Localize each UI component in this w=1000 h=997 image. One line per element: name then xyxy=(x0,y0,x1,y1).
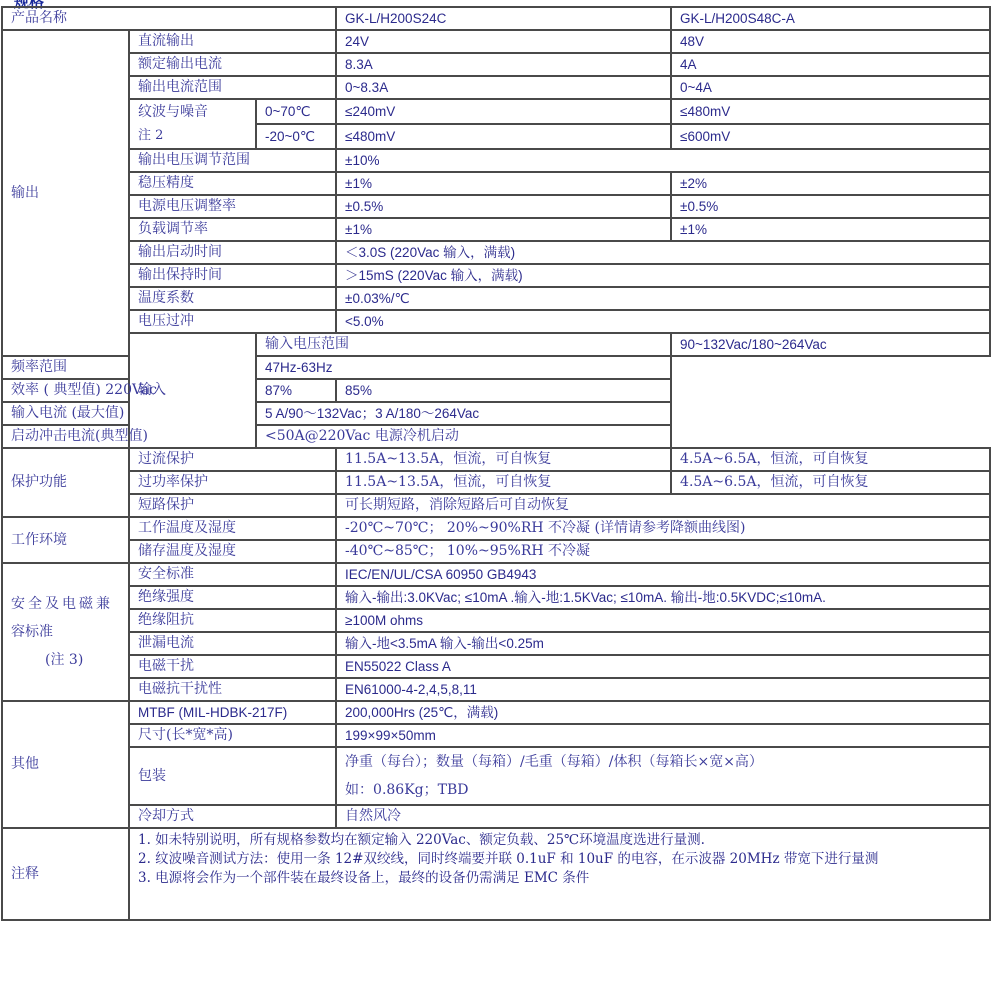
value-shared: 199×99×50mm xyxy=(336,724,990,747)
category-environment: 工作环境 xyxy=(2,517,129,563)
value-2: 85% xyxy=(336,379,671,402)
row-label: 输入电压范围 xyxy=(256,333,671,356)
row-label: 输出启动时间 xyxy=(129,241,336,264)
row-label: 泄漏电流 xyxy=(129,632,336,655)
row-label: 额定输出电流 xyxy=(129,53,336,76)
value-shared-packing: 净重（每台）；数量（每箱）/毛重（每箱）/体积（每箱长×宽×高） 如：0.86K… xyxy=(336,747,990,805)
row-label: 电源电压调整率 xyxy=(129,195,336,218)
row-label: 包装 xyxy=(129,747,336,805)
value-shared: ＜3.0S (220Vac 输入，满载) xyxy=(336,241,990,264)
spec-row: 输入电流 (最大值) 5 A/90～132Vac；3 A/180～264Vac xyxy=(2,402,990,425)
ripple-temp: 0~70℃ xyxy=(256,99,336,124)
value-2: ±0.5% xyxy=(671,195,990,218)
spec-row: 储存温度及湿度 -40℃~85℃； 10%~95%RH 不冷凝 xyxy=(2,540,990,563)
spec-row: 电压过冲 <5.0% xyxy=(2,310,990,333)
row-label: MTBF (MIL-HDBK-217F) xyxy=(129,701,336,724)
ripple-label-line2: 注 2 xyxy=(138,124,247,148)
packing-line1: 净重（每台）；数量（每箱）/毛重（每箱）/体积（每箱长×宽×高） xyxy=(345,748,981,776)
value-shared: ＞15mS (220Vac 输入，满载) xyxy=(336,264,990,287)
value-shared: -40℃~85℃； 10%~95%RH 不冷凝 xyxy=(336,540,990,563)
row-label: 绝缘强度 xyxy=(129,586,336,609)
row-label: 输入电流 (最大值) xyxy=(2,402,256,425)
spec-row: 输出保持时间 ＞15mS (220Vac 输入，满载) xyxy=(2,264,990,287)
value-2: ±1% xyxy=(671,218,990,241)
value-1: 87% xyxy=(256,379,336,402)
ripple-temp: -20~0℃ xyxy=(256,124,336,149)
note-1: 1. 如未特别说明，所有规格参数均在额定输入 220Vac、额定负载、25℃环境… xyxy=(138,831,981,850)
spec-row: 输出电压调节范围 ±10% xyxy=(2,149,990,172)
spec-row: 短路保护 可长期短路，消除短路后可自动恢复 xyxy=(2,494,990,517)
value-1: 8.3A xyxy=(336,53,671,76)
value-2: 4A xyxy=(671,53,990,76)
spec-row: 电磁抗干扰性 EN61000-4-2,4,5,8,11 xyxy=(2,678,990,701)
value-1: 24V xyxy=(336,30,671,53)
value-shared: 输入-地<3.5mA 输入-输出<0.25m xyxy=(336,632,990,655)
value-shared: ±0.03%/℃ xyxy=(336,287,990,310)
category-safety-note: (注 3) xyxy=(11,646,120,674)
row-label: 电磁抗干扰性 xyxy=(129,678,336,701)
value-shared: -20℃~70℃； 20%~90%RH 不冷凝 (详情请参考降额曲线图) xyxy=(336,517,990,540)
spec-row: 安全及电磁兼 容标准 (注 3) 安全标准 IEC/EN/UL/CSA 6095… xyxy=(2,563,990,586)
row-label: 过功率保护 xyxy=(129,471,336,494)
note-3: 3. 电源将会作为一个部件装在最终设备上，最终的设备仍需满足 EMC 条件 xyxy=(138,869,981,888)
spec-row: 启动冲击电流(典型值) <50A@220Vac 电源冷机启动 xyxy=(2,425,990,448)
row-label: 输出电压调节范围 xyxy=(129,149,336,172)
category-safety-line1: 安全及电磁兼 xyxy=(11,590,120,618)
spec-row: 输出 直流输出 24V 48V xyxy=(2,30,990,53)
spec-table: 产品名称 GK-L/H200S24C GK-L/H200S48C-A 输出 直流… xyxy=(1,6,991,921)
spec-row: 其他 MTBF (MIL-HDBK-217F) 200,000Hrs (25℃，… xyxy=(2,701,990,724)
value-2: ≤480mV xyxy=(671,99,990,124)
category-notes: 注释 xyxy=(2,828,129,920)
value-2: 4.5A~6.5A，恒流，可自恢复 xyxy=(671,448,990,471)
spec-row: 电源电压调整率 ±0.5% ±0.5% xyxy=(2,195,990,218)
spec-row: 负载调节率 ±1% ±1% xyxy=(2,218,990,241)
notes-row: 注释 1. 如未特别说明，所有规格参数均在额定输入 220Vac、额定负载、25… xyxy=(2,828,990,920)
spec-row: 过功率保护 11.5A~13.5A，恒流，可自恢复 4.5A~6.5A，恒流，可… xyxy=(2,471,990,494)
value-1: ≤240mV xyxy=(336,99,671,124)
value-2: 4.5A~6.5A，恒流，可自恢复 xyxy=(671,471,990,494)
note-2: 2. 纹波噪音测试方法：使用一条 12#双绞线，同时终端要并联 0.1uF 和 … xyxy=(138,850,981,869)
row-label: 工作温度及湿度 xyxy=(129,517,336,540)
notes-content: 1. 如未特别说明，所有规格参数均在额定输入 220Vac、额定负载、25℃环境… xyxy=(129,828,990,920)
spec-row: 绝缘阻抗 ≥100M ohms xyxy=(2,609,990,632)
packing-line2: 如：0.86Kg；TBD xyxy=(345,776,981,804)
spec-row: 温度系数 ±0.03%/℃ xyxy=(2,287,990,310)
spec-row: 额定输出电流 8.3A 4A xyxy=(2,53,990,76)
row-label: 储存温度及湿度 xyxy=(129,540,336,563)
category-safety-line2: 容标准 xyxy=(11,618,120,646)
model-2: GK-L/H200S48C-A xyxy=(671,7,990,30)
value-2: 0~4A xyxy=(671,76,990,99)
category-output: 输出 xyxy=(2,30,129,356)
spec-row: 保护功能 过流保护 11.5A~13.5A，恒流，可自恢复 4.5A~6.5A，… xyxy=(2,448,990,471)
value-1: 11.5A~13.5A，恒流，可自恢复 xyxy=(336,471,671,494)
value-shared: IEC/EN/UL/CSA 60950 GB4943 xyxy=(336,563,990,586)
ripple-label: 纹波与噪音 注 2 xyxy=(129,99,256,149)
header-row: 产品名称 GK-L/H200S24C GK-L/H200S48C-A xyxy=(2,7,990,30)
value-shared: ≥100M ohms xyxy=(336,609,990,632)
row-label: 电压过冲 xyxy=(129,310,336,333)
value-2: ≤600mV xyxy=(671,124,990,149)
value-shared: 47Hz-63Hz xyxy=(256,356,671,379)
spec-row: 泄漏电流 输入-地<3.5mA 输入-输出<0.25m xyxy=(2,632,990,655)
row-label: 输出电流范围 xyxy=(129,76,336,99)
value-shared: EN61000-4-2,4,5,8,11 xyxy=(336,678,990,701)
spec-row: 稳压精度 ±1% ±2% xyxy=(2,172,990,195)
value-2: ±2% xyxy=(671,172,990,195)
row-label: 安全标准 xyxy=(129,563,336,586)
spec-row: 冷却方式 自然风冷 xyxy=(2,805,990,828)
row-label: 效率 ( 典型值) 220Vac xyxy=(2,379,256,402)
spec-row: 输入 输入电压范围 90~132Vac/180~264Vac xyxy=(2,333,990,356)
value-shared: 可长期短路，消除短路后可自动恢复 xyxy=(336,494,990,517)
value-shared: 输入-输出:3.0KVac; ≤10mA .输入-地:1.5KVac; ≤10m… xyxy=(336,586,990,609)
row-label: 负载调节率 xyxy=(129,218,336,241)
ripple-label-line1: 纹波与噪音 xyxy=(138,100,247,124)
spec-row: 电磁干扰 EN55022 Class A xyxy=(2,655,990,678)
value-shared: <50A@220Vac 电源冷机启动 xyxy=(256,425,671,448)
spec-row: 尺寸(长*宽*高) 199×99×50mm xyxy=(2,724,990,747)
category-safety-emc: 安全及电磁兼 容标准 (注 3) xyxy=(2,563,129,701)
row-label: 短路保护 xyxy=(129,494,336,517)
row-label: 启动冲击电流(典型值) xyxy=(2,425,256,448)
value-1: ±1% xyxy=(336,172,671,195)
spec-row: 输出启动时间 ＜3.0S (220Vac 输入，满载) xyxy=(2,241,990,264)
row-label: 电磁干扰 xyxy=(129,655,336,678)
value-1: 11.5A~13.5A，恒流，可自恢复 xyxy=(336,448,671,471)
row-label: 温度系数 xyxy=(129,287,336,310)
spec-row: 效率 ( 典型值) 220Vac 87% 85% xyxy=(2,379,990,402)
value-shared: 5 A/90～132Vac；3 A/180～264Vac xyxy=(256,402,671,425)
value-shared: 90~132Vac/180~264Vac xyxy=(671,333,990,356)
spec-row: 工作环境 工作温度及湿度 -20℃~70℃； 20%~90%RH 不冷凝 (详情… xyxy=(2,517,990,540)
value-1: ±1% xyxy=(336,218,671,241)
row-label: 绝缘阻抗 xyxy=(129,609,336,632)
model-1: GK-L/H200S24C xyxy=(336,7,671,30)
value-2: 48V xyxy=(671,30,990,53)
value-1: ≤480mV xyxy=(336,124,671,149)
spec-row: 频率范围 47Hz-63Hz xyxy=(2,356,990,379)
value-shared: 自然风冷 xyxy=(336,805,990,828)
value-shared: EN55022 Class A xyxy=(336,655,990,678)
value-shared: 200,000Hrs (25℃，满载) xyxy=(336,701,990,724)
value-shared: ±10% xyxy=(336,149,990,172)
row-label: 稳压精度 xyxy=(129,172,336,195)
category-protection: 保护功能 xyxy=(2,448,129,517)
row-label: 尺寸(长*宽*高) xyxy=(129,724,336,747)
product-name-label: 产品名称 xyxy=(2,7,336,30)
spec-row-ripple: 纹波与噪音 注 2 0~70℃ ≤240mV ≤480mV xyxy=(2,99,990,124)
spec-row: 输出电流范围 0~8.3A 0~4A xyxy=(2,76,990,99)
value-1: 0~8.3A xyxy=(336,76,671,99)
spec-row: 包装 净重（每台）；数量（每箱）/毛重（每箱）/体积（每箱长×宽×高） 如：0.… xyxy=(2,747,990,805)
row-label: 输出保持时间 xyxy=(129,264,336,287)
row-label: 频率范围 xyxy=(2,356,256,379)
value-1: ±0.5% xyxy=(336,195,671,218)
category-others: 其他 xyxy=(2,701,129,828)
spec-row: 绝缘强度 输入-输出:3.0KVac; ≤10mA .输入-地:1.5KVac;… xyxy=(2,586,990,609)
row-label: 直流输出 xyxy=(129,30,336,53)
value-shared: <5.0% xyxy=(336,310,990,333)
row-label: 冷却方式 xyxy=(129,805,336,828)
row-label: 过流保护 xyxy=(129,448,336,471)
